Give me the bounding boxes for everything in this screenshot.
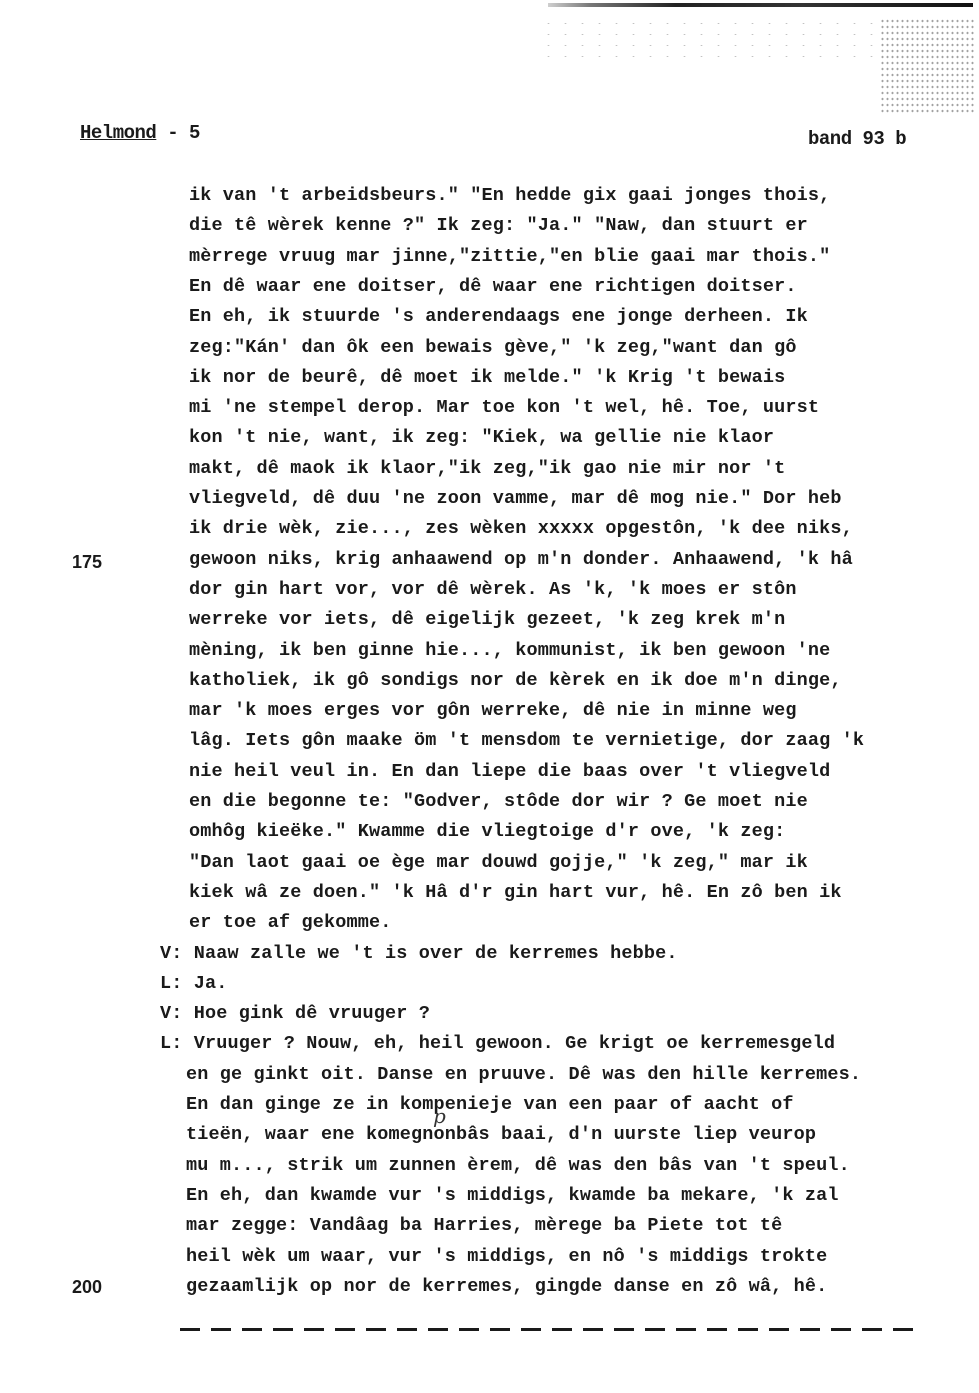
transcript-line: mèrrege vruug mar jinne,"zittie,"en blie…	[189, 247, 830, 267]
transcript-line: "Dan laot gaai oe ège mar douwd gojje," …	[189, 853, 808, 873]
transcript-line: En dê waar ene doitser, dê waar ene rich…	[189, 277, 797, 297]
transcript-line: omhôg kieëke." Kwamme die vliegtoige d'r…	[189, 822, 785, 842]
transcript-line: er toe af gekomme.	[189, 913, 392, 933]
speaker-label: L:	[160, 973, 183, 994]
dialogue-line: V: Naaw zalle we 't is over de kerremes …	[160, 944, 678, 964]
transcript-line: En dan ginge ze in kompenieje van een pa…	[186, 1095, 794, 1115]
transcript-line: zeg:"Kán' dan ôk een bewais gève," 'k ze…	[189, 338, 797, 358]
transcript-line: tieën, waar ene komegnonbâs baai, d'n uu…	[186, 1125, 816, 1145]
transcript-line: gezaamlijk op nor de kerremes, gingde da…	[186, 1277, 827, 1297]
transcript-line: En eh, dan kwamde vur 's middigs, kwamde…	[186, 1186, 839, 1206]
page-header-left: Helmond - 5	[80, 122, 200, 144]
transcript-line: werreke vor iets, dê eigelijk gezeet, 'k…	[189, 610, 785, 630]
speaker-label: V:	[160, 1003, 183, 1024]
transcript-line: dor gin hart vor, vor dê wèrek. As 'k, '…	[189, 580, 797, 600]
transcript-line: ik nor de beurê, dê moet ik melde." 'k K…	[189, 368, 785, 388]
transcript-line: ik drie wèk, zie..., zes wèken xxxxx opg…	[189, 519, 853, 539]
page-number: - 5	[156, 122, 200, 144]
scan-noise	[540, 18, 880, 58]
handwritten-correction: p	[433, 1104, 446, 1128]
dialogue-line: L: Vruuger ? Nouw, eh, heil gewoon. Ge k…	[160, 1034, 835, 1054]
place-name: Helmond	[80, 122, 156, 144]
scan-noise	[880, 18, 975, 113]
transcript-line: katholiek, ik gô sondigs nor de kèrek en…	[189, 671, 842, 691]
transcript-line: makt, dê maok ik klaor,"ik zeg,"ik gao n…	[189, 459, 785, 479]
transcript-line: mar zegge: Vandâag ba Harries, mèrege ba…	[186, 1216, 782, 1236]
transcript-line: heil wèk um waar, vur 's middigs, en nô …	[186, 1247, 827, 1267]
transcript-line: mèning, ik ben ginne hie..., kommunist, …	[189, 641, 830, 661]
speaker-label: V:	[160, 943, 183, 964]
transcript-line: en die begonne te: "Godver, stôde dor wi…	[189, 792, 808, 812]
transcript-line: kon 't nie, want, ik zeg: "Kiek, wa gell…	[189, 428, 774, 448]
end-dashed-rule	[180, 1328, 915, 1331]
speaker-label: L:	[160, 1033, 183, 1054]
dialogue-text: Ja.	[183, 973, 228, 994]
transcript-line: kiek wâ ze doen." 'k Hâ d'r gin hart vur…	[189, 883, 842, 903]
scan-edge-bar	[548, 3, 973, 7]
dialogue-text: Vruuger ? Nouw, eh, heil gewoon. Ge krig…	[183, 1033, 836, 1054]
dialogue-line: V: Hoe gink dê vruuger ?	[160, 1004, 430, 1024]
transcript-line: mar 'k moes erges vor gôn werreke, dê ni…	[189, 701, 797, 721]
transcript-line: gewoon niks, krig anhaawend op m'n donde…	[189, 550, 853, 570]
dialogue-text: Naaw zalle we 't is over de kerremes heb…	[183, 943, 678, 964]
dialogue-text: Hoe gink dê vruuger ?	[183, 1003, 431, 1024]
dialogue-line: L: Ja.	[160, 974, 228, 994]
transcript-line: en ge ginkt oit. Danse en pruuve. Dê was…	[186, 1065, 861, 1085]
transcript-line: nie heil veul in. En dan liepe die baas …	[189, 762, 830, 782]
line-number: 175	[72, 552, 102, 573]
transcript-line: lâg. Iets gôn maake öm 't mensdom te ver…	[189, 731, 864, 751]
transcript-line: ik van 't arbeidsbeurs." "En hedde gix g…	[189, 186, 830, 206]
transcript-line: mu m..., strik um zunnen èrem, dê was de…	[186, 1156, 850, 1176]
tape-reference: band 93 b	[808, 128, 906, 150]
transcript-line: die tê wèrek kenne ?" Ik zeg: "Ja." "Naw…	[189, 216, 808, 236]
transcript-line: En eh, ik stuurde 's anderendaags ene jo…	[189, 307, 808, 327]
line-number: 200	[72, 1277, 102, 1298]
transcript-line: vliegveld, dê duu 'ne zoon vamme, mar dê…	[189, 489, 842, 509]
transcript-line: mi 'ne stempel derop. Mar toe kon 't wel…	[189, 398, 819, 418]
